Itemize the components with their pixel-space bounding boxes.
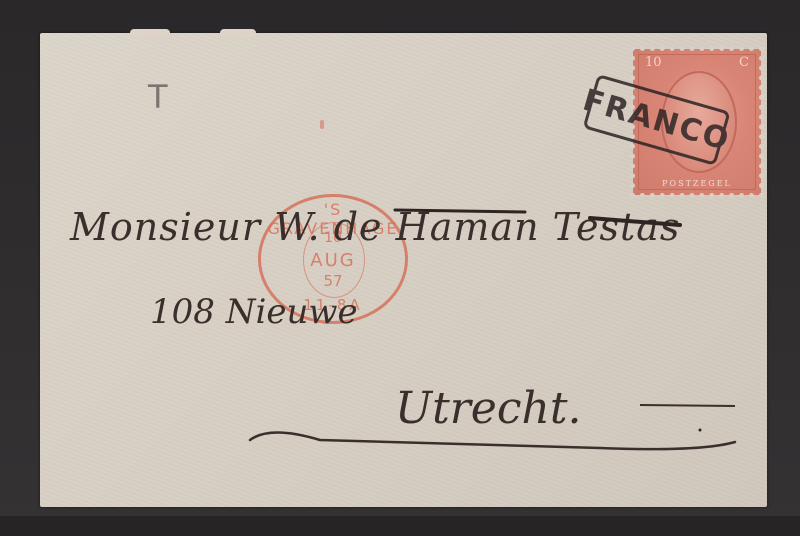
- handwriting-flourishes: [0, 0, 800, 536]
